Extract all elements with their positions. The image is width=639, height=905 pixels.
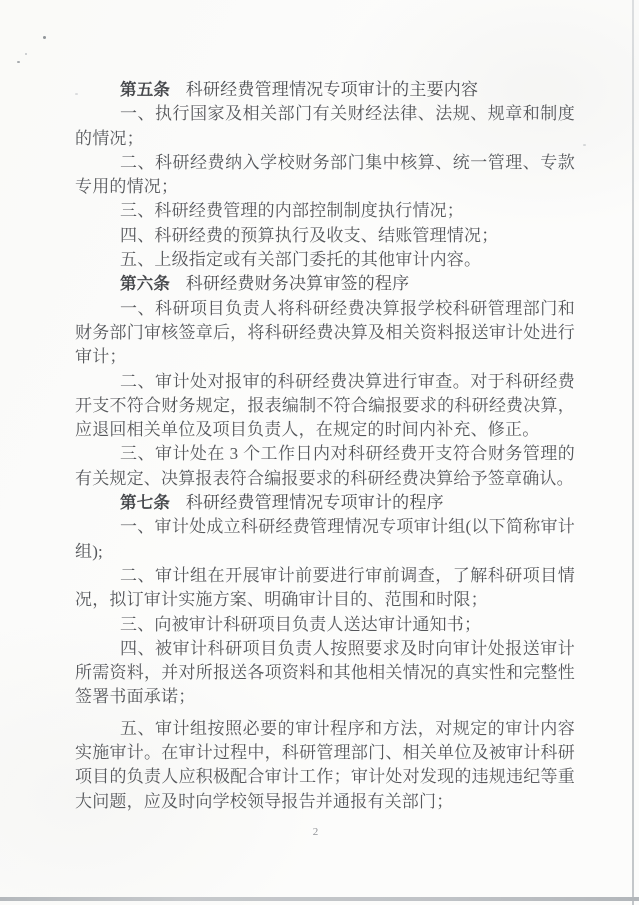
paragraph: 一、执行国家及相关部门有关财经法律、法规、规章和制度的情况；: [75, 102, 575, 151]
scanned-document-page: 第五条科研经费管理情况专项审计的主要内容 一、执行国家及相关部门有关财经法律、法…: [0, 0, 639, 905]
document-text-block: 第五条科研经费管理情况专项审计的主要内容 一、执行国家及相关部门有关财经法律、法…: [75, 78, 575, 814]
article-number: 第五条: [120, 81, 170, 99]
paragraph: 三、向被审计科研项目负责人送达审计通知书；: [75, 613, 575, 637]
page-number: 2: [0, 826, 631, 838]
article-number: 第七条: [120, 494, 170, 512]
paragraph: 一、审计处成立科研经费管理情况专项审计组(以下简称审计组);: [75, 515, 575, 564]
paragraph: 三、审计处在 3 个工作日内对科研经费开支符合财务管理的有关规定、决算报表符合编…: [75, 442, 575, 491]
paragraph: 二、科研经费纳入学校财务部门集中核算、统一管理、专款专用的情况；: [75, 151, 575, 200]
scan-speck: [75, 93, 78, 95]
paragraph: 二、审计处对报审的科研经费决算进行审查。对于科研经费开支不符合财务规定，报表编制…: [75, 370, 575, 443]
paragraph: 二、审计组在开展审计前要进行审前调查，了解科研项目情况，拟订审计实施方案、明确审…: [75, 564, 575, 613]
scan-bottom-shadow: [0, 897, 639, 901]
paragraph: 三、科研经费管理的内部控制制度执行情况；: [75, 199, 575, 223]
paragraph: 四、被审计科研项目负责人按照要求及时向审计处报送审计所需资料，并对所报送各项资料…: [75, 637, 575, 710]
scan-speck: [43, 36, 46, 39]
article-title: 科研经费管理情况专项审计的主要内容: [186, 80, 478, 99]
article-title: 科研经费管理情况专项审计的程序: [186, 493, 444, 512]
paragraph: 一、科研项目负责人将科研经费决算报学校科研管理部门和财务部门审核签章后，将科研经…: [75, 297, 575, 370]
scan-speck: [583, 144, 586, 146]
paragraph: 四、科研经费的预算执行及收支、结账管理情况；: [75, 224, 575, 248]
article-heading: 第七条科研经费管理情况专项审计的程序: [75, 491, 575, 515]
scan-edge-line: [632, 0, 634, 905]
paragraph: 五、审计组按照必要的审计程序和方法，对规定的审计内容实施审计。在审计过程中，科研…: [75, 717, 575, 814]
article-heading: 第六条科研经费财务决算审签的程序: [75, 272, 575, 296]
paragraph: 五、上级指定或有关部门委托的其他审计内容。: [75, 248, 575, 272]
article-title: 科研经费财务决算审签的程序: [186, 274, 410, 293]
scan-speck: [17, 61, 20, 63]
scan-speck: [25, 53, 27, 55]
article-heading: 第五条科研经费管理情况专项审计的主要内容: [75, 78, 575, 102]
article-number: 第六条: [120, 275, 170, 293]
